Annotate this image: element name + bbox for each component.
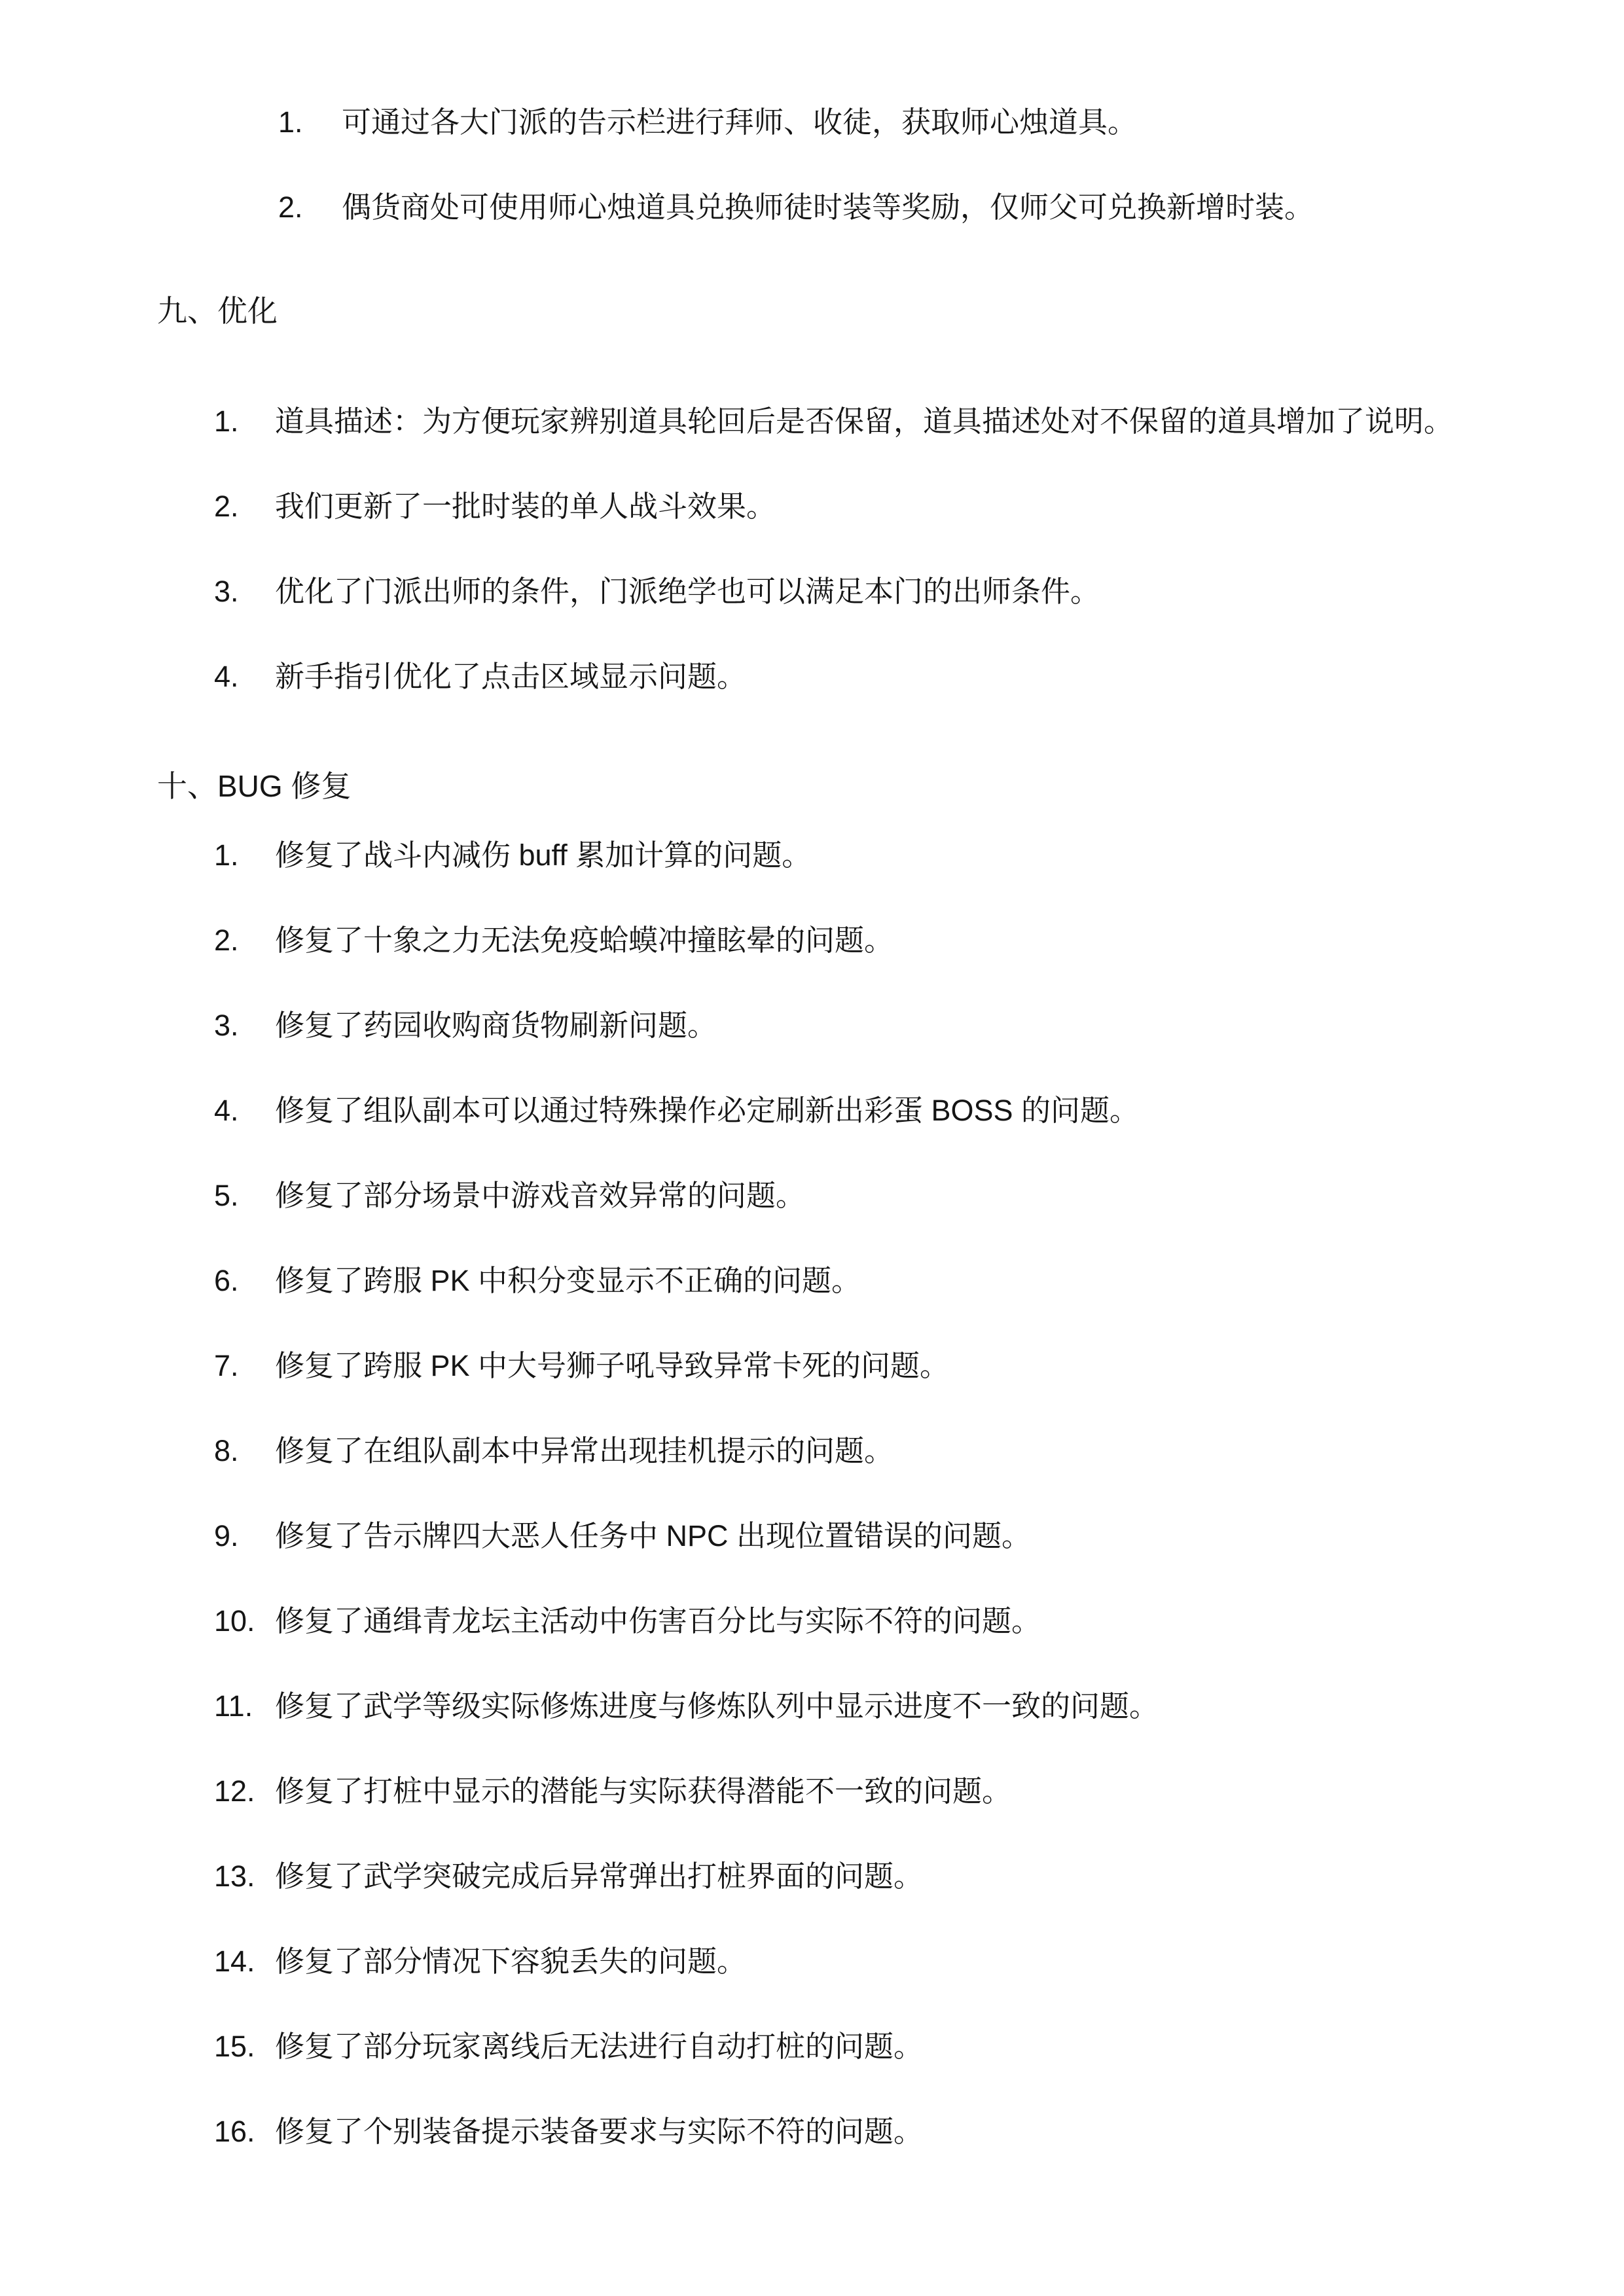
list-item: 2. 修复了十象之力无法免疫蛤蟆冲撞眩晕的问题。 [214, 923, 893, 958]
list-item-number: 1. [214, 838, 275, 873]
list-item: 13. 修复了武学突破完成后异常弹出打桩界面的问题。 [214, 1859, 923, 1894]
list-item-text: 道具描述：为方便玩家辨别道具轮回后是否保留，道具描述处对不保留的道具增加了说明。 [275, 404, 1453, 439]
list-item: 4. 新手指引优化了点击区域显示问题。 [214, 659, 746, 694]
list-item-number: 4. [214, 1093, 275, 1128]
list-item: 4. 修复了组队副本可以通过特殊操作必定刷新出彩蛋 BOSS 的问题。 [214, 1093, 1139, 1128]
list-item-number: 15. [214, 2029, 275, 2064]
list-item: 1. 道具描述：为方便玩家辨别道具轮回后是否保留，道具描述处对不保留的道具增加了… [214, 404, 1453, 439]
section-heading: 九、优化 [157, 293, 278, 329]
list-item: 9. 修复了告示牌四大恶人任务中 NPC 出现位置错误的问题。 [214, 1518, 1031, 1554]
list-item: 7. 修复了跨服 PK 中大号狮子吼导致异常卡死的问题。 [214, 1348, 949, 1384]
list-item-number: 9. [214, 1518, 275, 1554]
list-item-number: 5. [214, 1178, 275, 1213]
list-item-text: 偶货商处可使用师心烛道具兑换师徒时装等奖励，仅师父可兑换新增时装。 [342, 190, 1314, 225]
list-item: 5. 修复了部分场景中游戏音效异常的问题。 [214, 1178, 805, 1213]
list-item-text: 可通过各大门派的告示栏进行拜师、收徒，获取师心烛道具。 [342, 105, 1137, 140]
list-item: 15. 修复了部分玩家离线后无法进行自动打桩的问题。 [214, 2029, 923, 2064]
list-item-number: 4. [214, 659, 275, 694]
list-item-number: 14. [214, 1944, 275, 1979]
list-item-text: 新手指引优化了点击区域显示问题。 [275, 659, 746, 694]
document-page: 1. 可通过各大门派的告示栏进行拜师、收徒，获取师心烛道具。 2. 偶货商处可使… [0, 0, 1624, 2296]
list-item: 2. 偶货商处可使用师心烛道具兑换师徒时装等奖励，仅师父可兑换新增时装。 [278, 190, 1314, 225]
list-item-number: 2. [214, 489, 275, 524]
list-item: 1. 可通过各大门派的告示栏进行拜师、收徒，获取师心烛道具。 [278, 105, 1137, 140]
list-item-number: 12. [214, 1774, 275, 1809]
list-item: 14. 修复了部分情况下容貌丢失的问题。 [214, 1944, 746, 1979]
list-item: 10. 修复了通缉青龙坛主活动中伤害百分比与实际不符的问题。 [214, 1604, 1041, 1639]
list-item-text: 修复了个别装备提示装备要求与实际不符的问题。 [275, 2114, 923, 2149]
list-item-text: 修复了部分玩家离线后无法进行自动打桩的问题。 [275, 2029, 923, 2064]
list-item-number: 13. [214, 1859, 275, 1894]
list-item-text: 修复了告示牌四大恶人任务中 NPC 出现位置错误的问题。 [275, 1518, 1031, 1554]
list-item-number: 3. [214, 574, 275, 609]
list-item: 16. 修复了个别装备提示装备要求与实际不符的问题。 [214, 2114, 923, 2149]
list-item-number: 16. [214, 2114, 275, 2149]
list-item-text: 修复了组队副本可以通过特殊操作必定刷新出彩蛋 BOSS 的问题。 [275, 1093, 1139, 1128]
list-item-text: 修复了武学等级实际修炼进度与修炼队列中显示进度不一致的问题。 [275, 1689, 1159, 1724]
list-item-number: 3. [214, 1008, 275, 1043]
list-item: 6. 修复了跨服 PK 中积分变显示不正确的问题。 [214, 1263, 861, 1299]
list-item-text: 我们更新了一批时装的单人战斗效果。 [275, 489, 776, 524]
list-item-text: 修复了药园收购商货物刷新问题。 [275, 1008, 717, 1043]
list-item: 3. 修复了药园收购商货物刷新问题。 [214, 1008, 717, 1043]
list-item-text: 修复了打桩中显示的潜能与实际获得潜能不一致的问题。 [275, 1774, 1011, 1809]
list-item-text: 修复了武学突破完成后异常弹出打桩界面的问题。 [275, 1859, 923, 1894]
list-item: 12. 修复了打桩中显示的潜能与实际获得潜能不一致的问题。 [214, 1774, 1011, 1809]
list-item-text: 修复了战斗内减伤 buff 累加计算的问题。 [275, 838, 811, 873]
list-item: 8. 修复了在组队副本中异常出现挂机提示的问题。 [214, 1433, 893, 1469]
list-item: 11. 修复了武学等级实际修炼进度与修炼队列中显示进度不一致的问题。 [214, 1689, 1159, 1724]
list-item: 1. 修复了战斗内减伤 buff 累加计算的问题。 [214, 838, 811, 873]
list-item-number: 1. [214, 404, 275, 439]
list-item-number: 8. [214, 1433, 275, 1469]
list-item-text: 优化了门派出师的条件，门派绝学也可以满足本门的出师条件。 [275, 574, 1100, 609]
list-item-number: 11. [214, 1689, 275, 1724]
list-item-text: 修复了通缉青龙坛主活动中伤害百分比与实际不符的问题。 [275, 1604, 1041, 1639]
list-item-text: 修复了跨服 PK 中积分变显示不正确的问题。 [275, 1263, 861, 1299]
list-item-text: 修复了跨服 PK 中大号狮子吼导致异常卡死的问题。 [275, 1348, 949, 1384]
list-item-number: 6. [214, 1263, 275, 1299]
list-item-number: 7. [214, 1348, 275, 1384]
list-item-text: 修复了部分场景中游戏音效异常的问题。 [275, 1178, 805, 1213]
list-item: 2. 我们更新了一批时装的单人战斗效果。 [214, 489, 776, 524]
list-item-text: 修复了在组队副本中异常出现挂机提示的问题。 [275, 1433, 893, 1469]
section-heading: 十、BUG 修复 [157, 768, 351, 804]
list-item-number: 10. [214, 1604, 275, 1639]
list-item-number: 2. [278, 190, 342, 225]
list-item-text: 修复了部分情况下容貌丢失的问题。 [275, 1944, 746, 1979]
list-item: 3. 优化了门派出师的条件，门派绝学也可以满足本门的出师条件。 [214, 574, 1100, 609]
list-item-number: 2. [214, 923, 275, 958]
list-item-number: 1. [278, 105, 342, 140]
list-item-text: 修复了十象之力无法免疫蛤蟆冲撞眩晕的问题。 [275, 923, 893, 958]
